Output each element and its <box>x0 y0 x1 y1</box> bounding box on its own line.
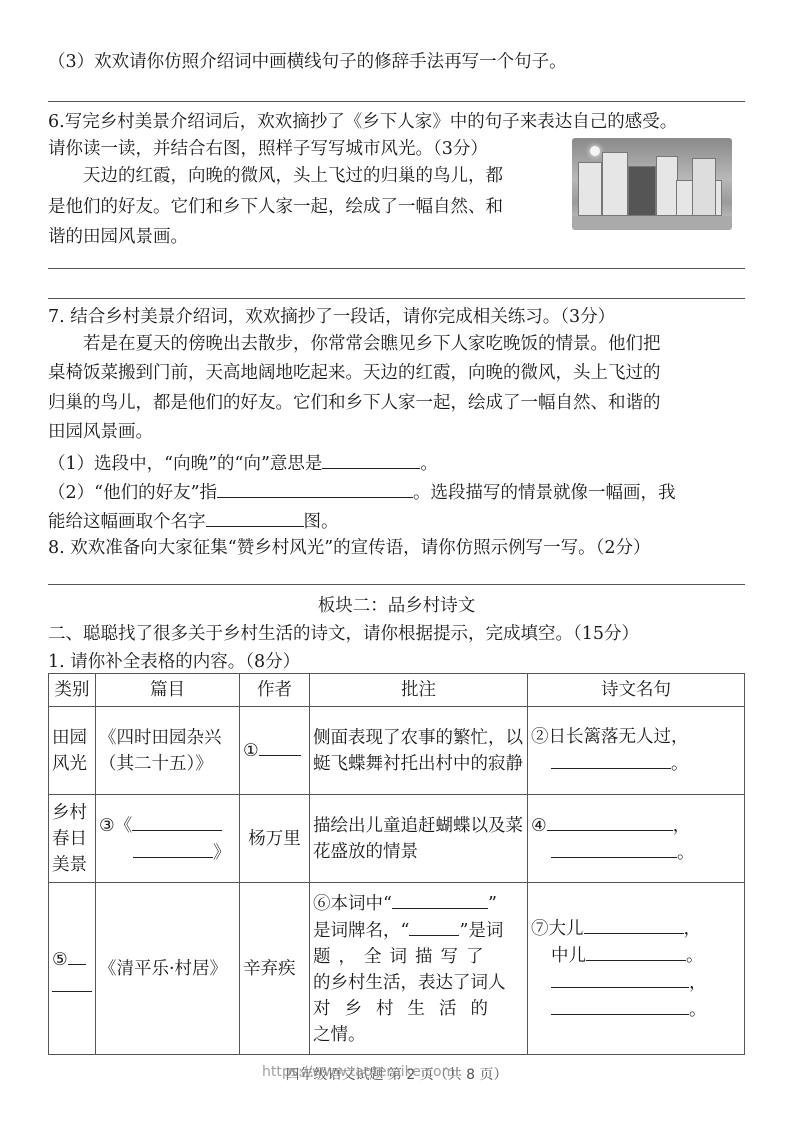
street <box>572 216 732 230</box>
quote-cell: ②日长篱落无人过， 。 <box>528 707 745 795</box>
example-paragraph-3: 谐的田园风景画。 <box>48 225 563 249</box>
dome-building-shape <box>692 158 716 216</box>
author-cell: 杨万里 <box>240 795 310 883</box>
passage-line-3: 归巢的鸟儿，都是他们的好友。它们和乡下人家一起，绘成了一幅自然、和谐的 <box>48 391 745 415</box>
title-cell: ③《 》 <box>96 795 240 883</box>
table-header-row: 类别 篇目 作者 批注 诗文名句 <box>49 674 745 707</box>
quote-cell: ④， 。 <box>528 795 745 883</box>
passage-line-2: 桌椅饭菜搬到门前，天高地阔地吃起来。天边的红霞，向晚的微风，头上飞过的 <box>48 361 745 385</box>
answer-blank[interactable] <box>52 973 92 992</box>
title-cell: 《清平乐·村居》 <box>96 883 240 1055</box>
answer-blank[interactable] <box>392 890 488 909</box>
answer-blank[interactable] <box>322 450 420 469</box>
answer-blank[interactable] <box>68 946 86 965</box>
note-cell: 侧面表现了农事的繁忙，以蜓飞蝶舞衬托出村中的寂静 <box>310 707 528 795</box>
answer-blank[interactable] <box>551 969 689 988</box>
answer-blank[interactable] <box>547 812 673 831</box>
author-cell: 辛弃疾 <box>240 883 310 1055</box>
answer-blank[interactable] <box>206 508 304 527</box>
answer-blank[interactable] <box>584 915 684 934</box>
category-cell: ⑤ <box>49 883 96 1055</box>
building-shape <box>656 156 678 216</box>
building-shape <box>628 166 656 216</box>
category-cell: 乡村春日美景 <box>49 795 96 883</box>
question-8: 8. 欢欢准备向大家征集“赞乡村风光”的宣传语，请你仿照示例写一写。（2分） <box>48 536 745 560</box>
answer-line[interactable] <box>48 584 745 585</box>
note-cell: 描绘出儿童追赶蝴蝶以及菜花盛放的情景 <box>310 795 528 883</box>
answer-blank[interactable] <box>551 750 671 769</box>
example-paragraph-1: 天边的红霞，向晚的微风，头上飞过的归巢的鸟儿，都 <box>48 164 563 188</box>
answer-line[interactable] <box>48 101 745 102</box>
title-cell: 《四时田园杂兴（其二十五）》 <box>96 707 240 795</box>
table-question: 1. 请你补全表格的内容。（8分） <box>48 650 745 674</box>
answer-line[interactable] <box>48 298 745 299</box>
note-cell: ⑥本词中“” 是词牌名，“”是词 题，全词描写了 的乡村生活，表达了词人 对乡村… <box>310 883 528 1055</box>
answer-blank[interactable] <box>409 917 459 936</box>
watermark: https://www.taoteraike.com <box>262 1064 455 1080</box>
poetry-table: 类别 篇目 作者 批注 诗文名句 田园风光 《四时田园杂兴（其二十五）》 ① 侧… <box>48 673 745 1055</box>
passage-line-1: 若是在夏天的傍晚出去散步，你常常会瞧见乡下人家吃晚饭的情景。他们把 <box>48 332 745 356</box>
question-7-1: （1）选段中，“向晚”的“向”意思是。 <box>48 450 745 476</box>
example-paragraph-2: 是他们的好友。它们和乡下人家一起，绘成了一幅自然、和 <box>48 195 563 219</box>
answer-blank[interactable] <box>133 839 213 858</box>
answer-blank[interactable] <box>259 737 301 756</box>
header-category: 类别 <box>49 674 96 707</box>
answer-blank[interactable] <box>217 479 413 498</box>
answer-blank[interactable] <box>586 942 686 961</box>
author-cell: ① <box>240 707 310 795</box>
question-7-title: 7. 结合乡村美景介绍词，欢欢摘抄了一段话，请你完成相关练习。（3分） <box>48 305 745 329</box>
quote-cell: ⑦大儿， 中儿。 ， 。 <box>528 883 745 1055</box>
answer-blank[interactable] <box>132 812 222 831</box>
section-intro: 二、聪聪找了很多关于乡村生活的诗文，请你根据提示，完成填空。（15分） <box>48 622 745 646</box>
question-7-2-cont: 能给这幅画取个名字图。 <box>48 508 745 534</box>
answer-blank[interactable] <box>551 996 689 1015</box>
table-row: ⑤ 《清平乐·村居》 辛弃疾 ⑥本词中“” 是词牌名，“”是词 题，全词描写了 … <box>49 883 745 1055</box>
header-note: 批注 <box>310 674 528 707</box>
table-row: 田园风光 《四时田园杂兴（其二十五）》 ① 侧面表现了农事的繁忙，以蜓飞蝶舞衬托… <box>49 707 745 795</box>
question-7-2: （2）“他们的好友”指。选段描写的情景就像一幅画，我 <box>48 479 745 505</box>
header-title: 篇目 <box>96 674 240 707</box>
passage-line-4: 田园风景画。 <box>48 420 745 444</box>
building-shape <box>578 162 602 216</box>
question-5-3: （3）欢欢请你仿照介绍词中画横线句子的修辞手法再写一个句子。 <box>48 50 745 74</box>
section-title: 板块二：品乡村诗文 <box>48 594 745 618</box>
category-cell: 田园风光 <box>49 707 96 795</box>
answer-line[interactable] <box>48 268 745 269</box>
answer-blank[interactable] <box>551 839 677 858</box>
table-row: 乡村春日美景 ③《 》 杨万里 描绘出儿童追赶蝴蝶以及菜花盛放的情景 ④， 。 <box>49 795 745 883</box>
building-shape <box>602 152 628 216</box>
moon-icon <box>590 146 600 156</box>
header-quote: 诗文名句 <box>528 674 745 707</box>
header-author: 作者 <box>240 674 310 707</box>
question-6-line1: 6.写完乡村美景介绍词后，欢欢摘抄了《乡下人家》中的句子来表达自己的感受。 <box>48 110 745 134</box>
city-night-image <box>572 138 732 230</box>
